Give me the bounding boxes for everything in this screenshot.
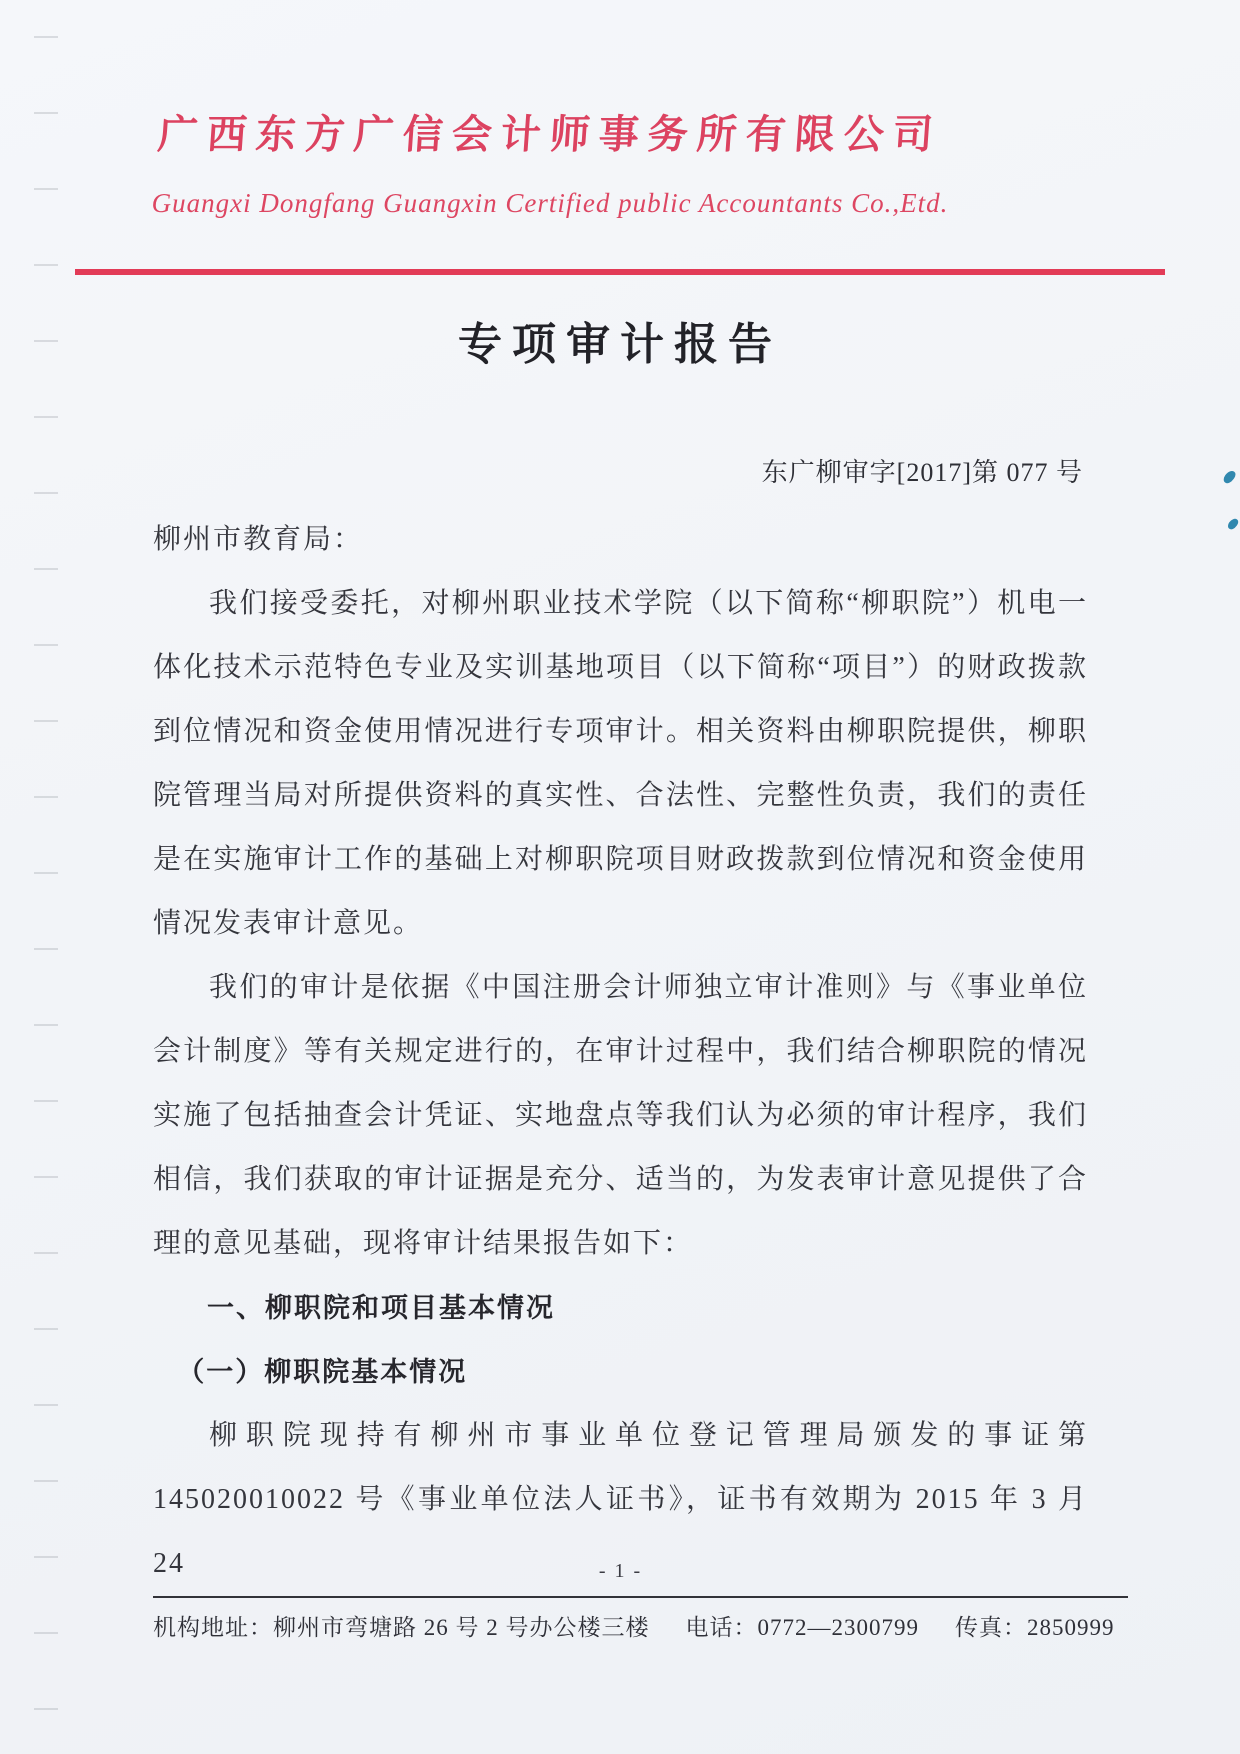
footer-contact-line: 机构地址：柳州市弯塘路 26 号 2 号办公楼三楼 电话：0772—230079… xyxy=(153,1610,1163,1646)
paragraph-audit-basis: 我们的审计是依据《中国注册会计师独立审计准则》与《事业单位会计制度》等有关规定进… xyxy=(153,956,1088,1276)
report-body: 柳州市教育局： 我们接受委托，对柳州职业技术学院（以下简称“柳职院”）机电一体化… xyxy=(153,508,1088,1596)
blue-ink-mark xyxy=(1226,517,1239,531)
footer-divider-rule xyxy=(153,1596,1128,1598)
report-title: 专项审计报告 xyxy=(0,308,1240,372)
blue-ink-mark xyxy=(1222,469,1237,486)
company-name-en: Guangxi Dongfang Guangxin Certified publ… xyxy=(0,188,1100,219)
letterhead-divider-rule xyxy=(75,269,1165,275)
binder-hole-marks xyxy=(34,36,58,1746)
page-number: - 1 - xyxy=(153,1560,1088,1583)
paragraph-scope-of-audit: 我们接受委托，对柳州职业技术学院（以下简称“柳职院”）机电一体化技术示范特色专业… xyxy=(153,572,1088,956)
scanned-report-page: 广西东方广信会计师事务所有限公司 Guangxi Dongfang Guangx… xyxy=(0,0,1240,1754)
company-name-cn: 广西东方广信会计师事务所有限公司 xyxy=(0,103,1102,160)
subsection-heading-college-basic-information: （一）柳职院基本情况 xyxy=(153,1340,1088,1404)
addressee: 柳州市教育局： xyxy=(153,508,1088,572)
footer-fax: 传真：2850999 xyxy=(955,1610,1115,1646)
footer-phone: 电话：0772—2300799 xyxy=(686,1610,920,1646)
section-heading-basic-information: 一、柳职院和项目基本情况 xyxy=(153,1276,1088,1340)
document-ref-number: 东广柳审字[2017]第 077 号 xyxy=(0,452,1083,489)
footer-address: 机构地址：柳州市弯塘路 26 号 2 号办公楼三楼 xyxy=(153,1610,650,1646)
